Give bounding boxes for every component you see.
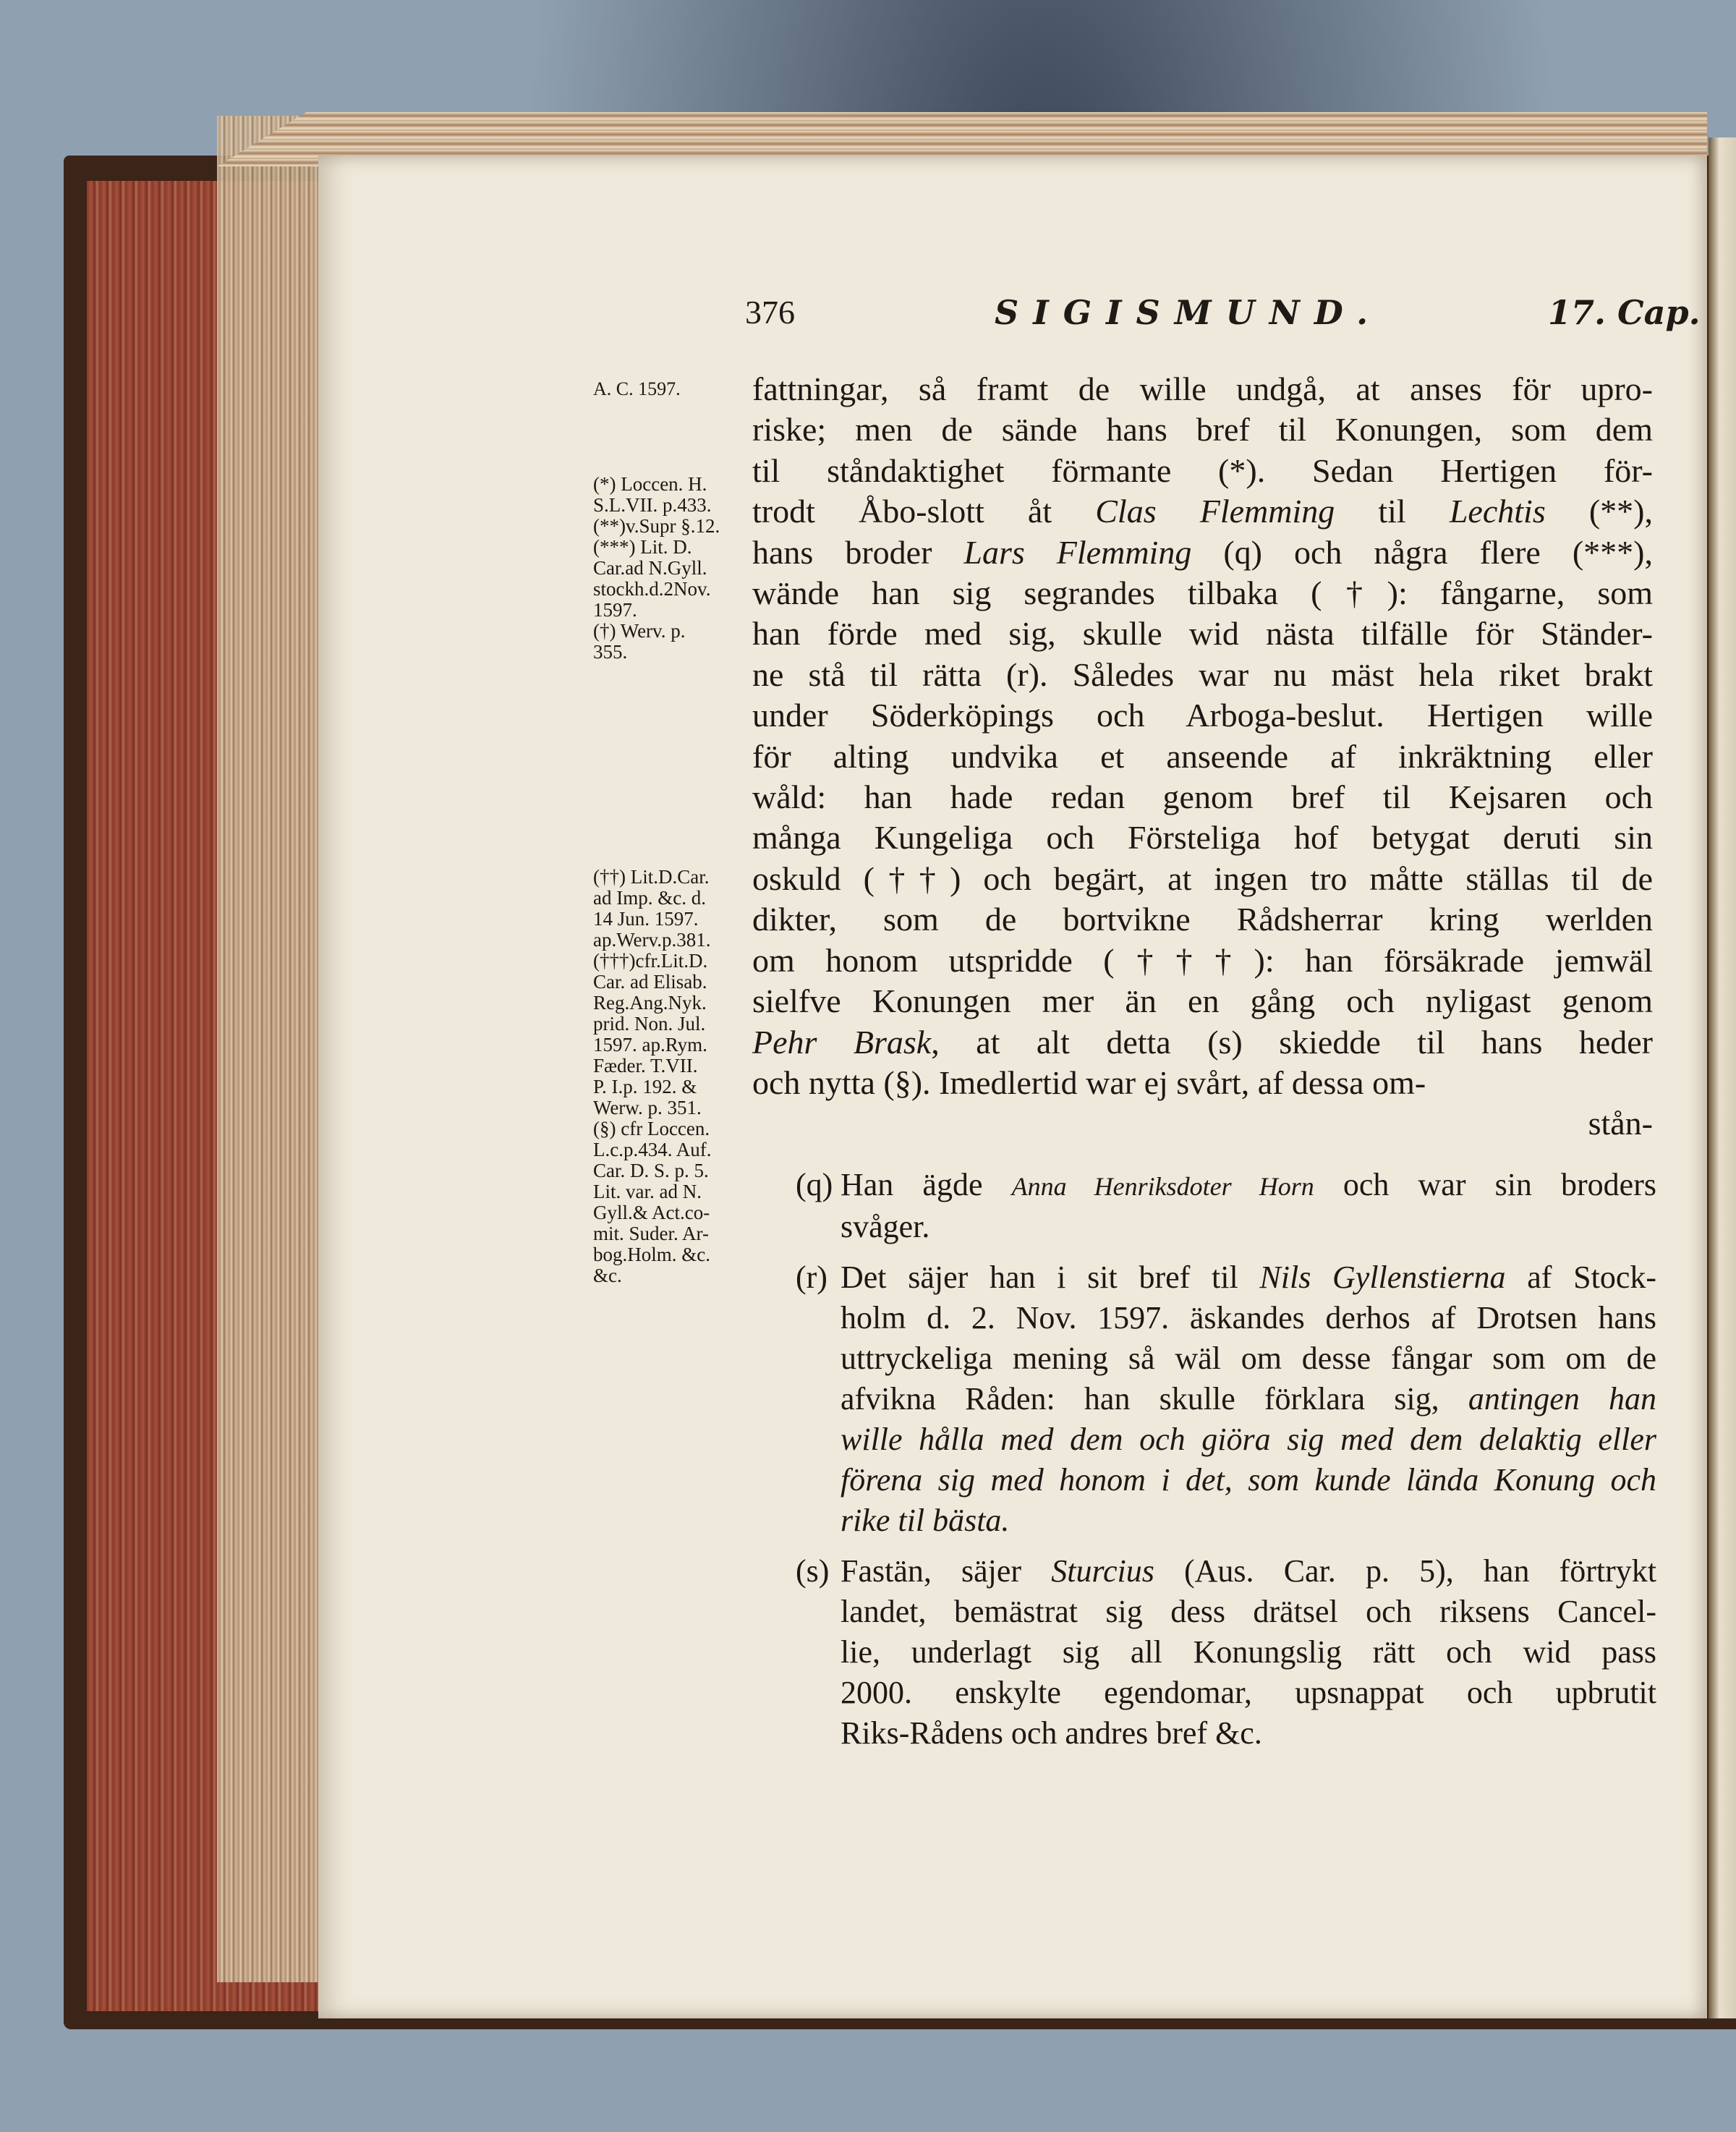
body-line: om honom utspridde (†††): han försäkrade… — [752, 940, 1653, 981]
margin-note-line: (**)v.Supr §.12. — [593, 516, 756, 537]
footnote-line: Han ägde Anna Henriksdoter Horn och war … — [841, 1165, 1656, 1207]
footnote-line: förena sig med honom i det, som kunde lä… — [841, 1460, 1656, 1500]
text-run: landet, bemästrat sig dess drätsel och r… — [841, 1594, 1656, 1629]
text-run: holm d. 2. Nov. 1597. äskandes derhos af… — [841, 1300, 1656, 1335]
margin-notes-group-2: (††) Lit.D.Car.ad Imp. &c. d.14 Jun. 159… — [593, 867, 756, 1286]
italic-name: Lars Flemming — [963, 534, 1191, 571]
text-run: riske; men de sände hans bref til Konung… — [752, 411, 1653, 448]
italic-name: rike til bästa. — [841, 1503, 1009, 1538]
footnote-line: wille hålla med dem och giöra sig med de… — [841, 1419, 1656, 1460]
margin-note-line: bog.Holm. &c. — [593, 1244, 756, 1265]
main-text-block: fattningar, så framt de wille undgå, at … — [752, 369, 1653, 1144]
text-run: dikter, som de bortvikne Rådsherrar krin… — [752, 901, 1653, 938]
footnote-line: afvikna Råden: han skulle förklara sig, … — [841, 1379, 1656, 1419]
text-run: (q) och några flere (***), — [1191, 534, 1653, 571]
margin-note-line: Car. ad Elisab. — [593, 972, 756, 993]
italic-name: Nils Gyllenstierna — [1259, 1260, 1505, 1295]
footnote-line: uttryckeliga mening så wäl om desse fång… — [841, 1338, 1656, 1379]
margin-note-line: Gyll.& Act.co- — [593, 1202, 756, 1223]
margin-note-line: L.c.p.434. Auf. — [593, 1139, 756, 1160]
margin-note-line: Car.ad N.Gyll. — [593, 558, 756, 579]
margin-note-line: P. I.p. 192. & — [593, 1076, 756, 1097]
body-line: til ståndaktighet förmante (*). Sedan He… — [752, 451, 1653, 491]
text-run: om honom utspridde (†††): han försäkrade… — [752, 942, 1653, 979]
italic-name: Pehr Brask — [752, 1024, 931, 1061]
italic-name: Sturcius — [1051, 1553, 1154, 1589]
margin-note-line: Car. D. S. p. 5. — [593, 1160, 756, 1181]
text-run: han förde med sig, skulle wid nästa tilf… — [752, 615, 1653, 652]
body-line: många Kungeliga och Förstеliga hof betyg… — [752, 817, 1653, 858]
footnote-line: holm d. 2. Nov. 1597. äskandes derhos af… — [841, 1298, 1656, 1338]
facing-page-edge — [1709, 137, 1736, 2018]
text-run: af Stock- — [1506, 1260, 1656, 1295]
margin-note-line: 355. — [593, 642, 756, 663]
text-run: Han ägde — [841, 1167, 1012, 1202]
footnote-line: Fastän, säjer Sturcius (Aus. Car. p. 5),… — [841, 1551, 1656, 1592]
footnotes-section: (q)Han ägde Anna Henriksdoter Horn och w… — [796, 1165, 1656, 1764]
footnote: (s)Fastän, säjer Sturcius (Aus. Car. p. … — [796, 1551, 1656, 1754]
margin-note-line: 1597. — [593, 600, 756, 621]
footnote-label: (q) — [796, 1165, 833, 1205]
body-line: ne stå til rätta (r). Således war nu mäs… — [752, 655, 1653, 695]
text-run: til — [1335, 493, 1450, 530]
margin-note-line: 14 Jun. 1597. — [593, 909, 756, 930]
footnote: (r)Det säjer han i sit bref til Nils Gyl… — [796, 1257, 1656, 1541]
body-line: och nytta (§). Imedlertid war ej svårt, … — [752, 1063, 1653, 1103]
footnote-line: landet, bemästrat sig dess drätsel och r… — [841, 1592, 1656, 1632]
text-run: (**), — [1546, 493, 1653, 530]
margin-note-line: Werw. p. 351. — [593, 1097, 756, 1118]
text-run: svåger. — [841, 1209, 929, 1244]
text-run: (Aus. Car. p. 5), han förtrykt — [1154, 1553, 1656, 1589]
italic-name: wille hålla med dem och giöra sig med de… — [841, 1422, 1656, 1457]
italic-name: antingen han — [1468, 1381, 1656, 1417]
text-run: hans broder — [752, 534, 963, 571]
body-line: oskuld (††) och begärt, at ingen tro måt… — [752, 859, 1653, 899]
margin-note-line: ap.Werv.p.381. — [593, 930, 756, 951]
text-run: Det säjer han i sit bref til — [841, 1260, 1259, 1295]
body-line: riske; men de sände hans bref til Konung… — [752, 409, 1653, 450]
body-line: fattningar, så framt de wille undgå, at … — [752, 369, 1653, 409]
text-run: til ståndaktighet förmante (*). Sedan He… — [752, 452, 1653, 489]
margin-note-line: mit. Suder. Ar- — [593, 1223, 756, 1244]
margin-note-line: (***) Lit. D. — [593, 537, 756, 558]
footnote-label: (s) — [796, 1551, 829, 1592]
text-run: afvikna Råden: han skulle förklara sig, — [841, 1381, 1468, 1417]
text-run: trodt Åbo-slott åt — [752, 493, 1095, 530]
margin-note-line: Fæder. T.VII. — [593, 1056, 756, 1076]
catchword: stån- — [752, 1103, 1653, 1144]
margin-note-line: (†††)cfr.Lit.D. — [593, 951, 756, 972]
body-line: hans broder Lars Flemming (q) och några … — [752, 532, 1653, 573]
margin-year: A. C. 1597. — [593, 378, 681, 400]
body-line: trodt Åbo-slott åt Clas Flemming til Lec… — [752, 491, 1653, 532]
margin-note-line: S.L.VII. p.433. — [593, 495, 756, 516]
margin-note-line: stockh.d.2Nov. — [593, 579, 756, 600]
body-line: sielfve Konungen mer än en gång och nyli… — [752, 981, 1653, 1022]
body-line: wände han sig segrandes tilbaka (†): fån… — [752, 573, 1653, 613]
margin-note-line: (*) Loccen. H. — [593, 474, 756, 495]
page-number: 376 — [745, 293, 795, 331]
body-line: under Söderköpings och Arboga-beslut. He… — [752, 695, 1653, 736]
margin-note-line: Reg.Ang.Nyk. — [593, 993, 756, 1014]
text-run: många Kungeliga och Förstеliga hof betyg… — [752, 819, 1653, 856]
text-run: och nytta (§). Imedlertid war ej svårt, … — [752, 1064, 1426, 1101]
body-line: wåld: han hade redan genom bref til Kejs… — [752, 777, 1653, 817]
footnote-line: Riks-Rådens och andres bref &c. — [841, 1713, 1656, 1754]
text-run: uttryckeliga mening så wäl om desse fång… — [841, 1341, 1656, 1376]
footnote: (q)Han ägde Anna Henriksdoter Horn och w… — [796, 1165, 1656, 1247]
text-run: och war sin broders — [1314, 1167, 1656, 1202]
running-title: SIGISMUND. — [995, 293, 1382, 332]
text-run: sielfve Konungen mer än en gång och nyli… — [752, 982, 1653, 1019]
margin-note-line: ad Imp. &c. d. — [593, 888, 756, 909]
footnote-line: rike til bästa. — [841, 1500, 1656, 1541]
body-line: för alting undvika et anseende af inkräk… — [752, 736, 1653, 777]
text-run: wände han sig segrandes tilbaka (†): fån… — [752, 574, 1653, 611]
margin-note-line: (††) Lit.D.Car. — [593, 867, 756, 888]
italic-name: Anna Henriksdoter Horn — [1012, 1172, 1314, 1201]
text-run: , at alt detta (s) skiedde til hans hede… — [931, 1024, 1653, 1061]
margin-note-line: prid. Non. Jul. — [593, 1014, 756, 1035]
text-run: oskuld (††) och begärt, at ingen tro måt… — [752, 860, 1653, 897]
text-run: Riks-Rådens och andres bref &c. — [841, 1715, 1262, 1751]
text-run: Fastän, säjer — [841, 1553, 1051, 1589]
italic-name: Clas Flemming — [1095, 493, 1335, 530]
footnote-line: Det säjer han i sit bref til Nils Gyllen… — [841, 1257, 1656, 1298]
footnote-line: lie, underlagt sig all Konungslig rätt o… — [841, 1632, 1656, 1673]
text-run: wåld: han hade redan genom bref til Kejs… — [752, 778, 1653, 815]
footnote-line: svåger. — [841, 1207, 1656, 1247]
text-run: ne stå til rätta (r). Således war nu mäs… — [752, 656, 1653, 693]
chapter-reference: 17. Cap. — [1548, 293, 1701, 332]
italic-name: förena sig med honom i det, som kunde lä… — [841, 1462, 1656, 1498]
margin-note-line: &c. — [593, 1265, 756, 1286]
text-run: för alting undvika et anseende af inkräk… — [752, 738, 1653, 775]
body-line: Pehr Brask, at alt detta (s) skiedde til… — [752, 1022, 1653, 1063]
margin-note-line: (†) Werv. p. — [593, 621, 756, 642]
page-stack-inner-edge — [217, 116, 318, 1982]
margin-notes-group-1: (*) Loccen. H.S.L.VII. p.433.(**)v.Supr … — [593, 474, 756, 663]
italic-name: Lechtis — [1450, 493, 1546, 530]
text-run: fattningar, så framt de wille undgå, at … — [752, 370, 1653, 407]
text-run: under Söderköpings och Arboga-beslut. He… — [752, 697, 1653, 734]
footnote-label: (r) — [796, 1257, 827, 1298]
footnote-line: 2000. enskylte egendomar, upsnappat och … — [841, 1673, 1656, 1713]
text-run: 2000. enskylte egendomar, upsnappat och … — [841, 1675, 1656, 1710]
margin-note-line: (§) cfr Loccen. — [593, 1118, 756, 1139]
text-run: lie, underlagt sig all Konungslig rätt o… — [841, 1634, 1656, 1670]
body-line: dikter, som de bortvikne Rådsherrar krin… — [752, 899, 1653, 940]
body-line: han förde med sig, skulle wid nästa tilf… — [752, 613, 1653, 654]
margin-note-line: 1597. ap.Rym. — [593, 1035, 756, 1056]
margin-note-line: Lit. var. ad N. — [593, 1181, 756, 1202]
